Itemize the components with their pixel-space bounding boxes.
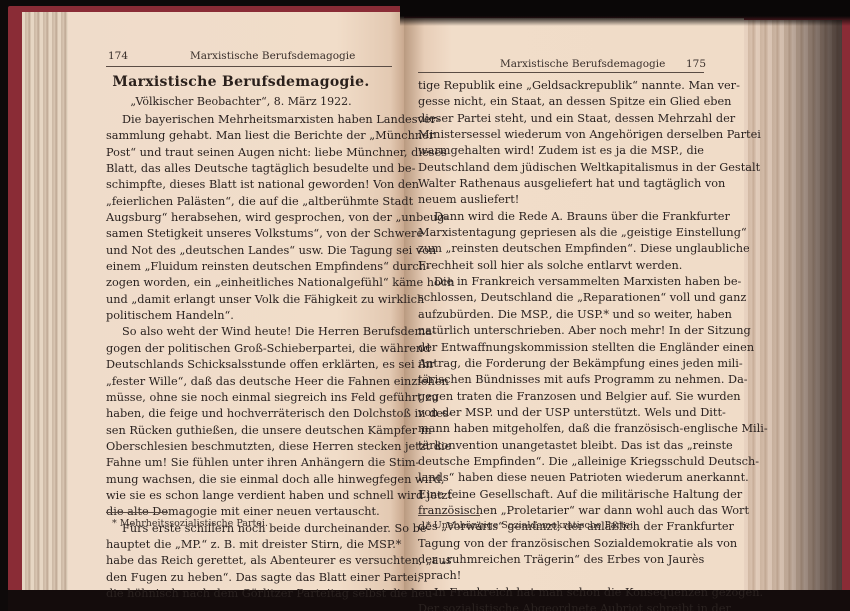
text-line: politischem Handeln“. xyxy=(106,308,392,324)
text-line: „fester Wille“, daß das deutsche Heer di… xyxy=(106,374,392,390)
text-line: Blatt, das alles Deutsche tagtäglich bes… xyxy=(106,161,392,177)
footnote-left: * Mehrheitssozialistische Partei. xyxy=(112,518,268,529)
header-rule-right xyxy=(418,72,704,73)
text-line: zum „reinsten deutschen Empfinden“. Dies… xyxy=(418,241,704,257)
text-line: Post“ und traut seinen Augen nicht: lieb… xyxy=(106,145,392,161)
background-shadow xyxy=(400,0,850,26)
article-source: „Völkischer Beobachter“, 8. März 1922. xyxy=(96,95,386,108)
text-line: Dann wird die Rede A. Brauns über die Fr… xyxy=(418,209,704,225)
text-line: neuem ausliefert! xyxy=(418,192,704,208)
text-line: und „damit erlangt unser Volk die Fähigk… xyxy=(106,292,392,308)
text-line: Der sozialistische Abgeordnete Aubriot s… xyxy=(418,601,704,611)
text-line: von der MSP. und der USP unterstützt. We… xyxy=(418,405,704,421)
text-line: haben, die feige und hochverräterisch de… xyxy=(106,406,392,422)
text-line: die höhnisch nach dem Görlitzer Parteita… xyxy=(106,586,392,602)
header-rule-left xyxy=(106,66,392,67)
text-line: der Entwaffnungskommission stellten die … xyxy=(418,340,704,356)
text-line: dieser Partei steht, und ein Staat, dess… xyxy=(418,111,704,127)
footnote-rule-left xyxy=(106,512,168,513)
text-line: Frechheit soll hier als solche entlarvt … xyxy=(418,258,704,274)
running-head-left: Marxistische Berufsdemagogie xyxy=(190,50,355,62)
text-line: tige Republik eine „Geldsackrepublik“ na… xyxy=(418,78,704,94)
text-line: natürlich unterschrieben. Aber noch mehr… xyxy=(418,323,704,339)
text-line: gesse nicht, ein Staat, an dessen Spitze… xyxy=(418,94,704,110)
text-line: französischen „Proletarier“ war dann woh… xyxy=(418,503,704,519)
text-line: Augsburg“ herabsehen, wird gesprochen, v… xyxy=(106,210,392,226)
text-line: gogen der politischen Groß-Schieberparte… xyxy=(106,341,392,357)
text-line: aufzubürden. Die MSP., die USP.* und so … xyxy=(418,307,704,323)
text-line: habe das Reich gerettet, als Abenteurer … xyxy=(106,553,392,569)
text-line: Oberschlesien beschmutzten, diese Herren… xyxy=(106,439,392,455)
text-line: Ministersessel wiederum von Angehörigen … xyxy=(418,127,704,143)
text-line: der „ruhmreichen Trägerin“ des Erbes von… xyxy=(418,552,704,568)
right-page-body: tige Republik eine „Geldsackrepublik“ na… xyxy=(418,78,704,611)
text-line: schlossen, Deutschland die „Reparationen… xyxy=(418,290,704,306)
text-line: Die in Frankreich versammelten Marxisten… xyxy=(418,274,704,290)
article-title: Marxistische Berufsdemagogie. xyxy=(96,74,386,90)
text-line: tärkonvention unangetastet bleibt. Das i… xyxy=(418,438,704,454)
text-line: So also weht der Wind heute! Die Herren … xyxy=(106,324,392,340)
text-line: müsse, ohne sie noch einmal siegreich in… xyxy=(106,390,392,406)
text-line: den Fugen zu heben“. Das sagte das Blatt… xyxy=(106,570,392,586)
text-line: sen Rücken guthießen, die unsere deutsch… xyxy=(106,423,392,439)
text-line: wie sie es schon lange verdient haben un… xyxy=(106,488,392,504)
text-line: In Frankreich hat man schon die Konseque… xyxy=(418,585,704,601)
running-head-right: Marxistische Berufsdemagogie xyxy=(500,58,665,70)
text-line: Deutschlands Schicksalsstunde offen erkl… xyxy=(106,357,392,373)
text-line: „feierlichen Palästen“, die auf die „alt… xyxy=(106,194,392,210)
footnote-rule-right xyxy=(418,515,480,516)
text-line: Die bayerischen Mehrheitsmarxisten haben… xyxy=(106,112,392,128)
text-line: hauptet die „MP.“ z. B. mit dreister Sti… xyxy=(106,537,392,553)
text-line: Walter Rathenaus ausgeliefert hat und ta… xyxy=(418,176,704,192)
page-edges-right xyxy=(744,20,842,598)
text-line: mung wachsen, die sie einmal doch alle h… xyxy=(106,472,392,488)
text-line: warmgehalten wird! Zudem ist es ja die M… xyxy=(418,143,704,159)
text-line: Deutschland dem jüdischen Weltkapitalism… xyxy=(418,160,704,176)
text-line: und Not des „deutschen Landes“ usw. Die … xyxy=(106,243,392,259)
footnote-right: * Unabhängige Sozialdemokratische Partei… xyxy=(426,520,636,531)
page-number-left: 174 xyxy=(108,50,128,62)
text-line: lands“ haben diese neuen Patrioten wiede… xyxy=(418,470,704,486)
page-edges-left xyxy=(22,12,68,592)
text-line: sprach! xyxy=(418,568,704,584)
text-line: schimpfte, dieses Blatt ist national gew… xyxy=(106,177,392,193)
text-line: sammlung gehabt. Man liest die Berichte … xyxy=(106,128,392,144)
text-line: zogen worden, ein „einheitliches Nationa… xyxy=(106,275,392,291)
page-number-right: 175 xyxy=(686,58,706,70)
text-line: Eine feine Gesellschaft. Auf die militär… xyxy=(418,487,704,503)
text-line: samen Stetigkeit unseres Volkstums“, von… xyxy=(106,226,392,242)
text-line: deutsche Empfinden“. Die „alleinige Krie… xyxy=(418,454,704,470)
text-line: mann haben mitgeholfen, daß die französi… xyxy=(418,421,704,437)
text-line: gegen traten die Franzosen und Belgier a… xyxy=(418,389,704,405)
text-line: Fahne um! Sie fühlen unter ihren Anhänge… xyxy=(106,455,392,471)
text-line: einem „Fluidum reinsten deutschen Empfin… xyxy=(106,259,392,275)
text-line: tärischen Bündnisses mit aufs Programm z… xyxy=(418,372,704,388)
text-line: Tagung von der französischen Sozialdemok… xyxy=(418,536,704,552)
text-line: Marxistentagung gepriesen als die „geist… xyxy=(418,225,704,241)
text-line: Antrag, die Forderung der Bekämpfung ein… xyxy=(418,356,704,372)
